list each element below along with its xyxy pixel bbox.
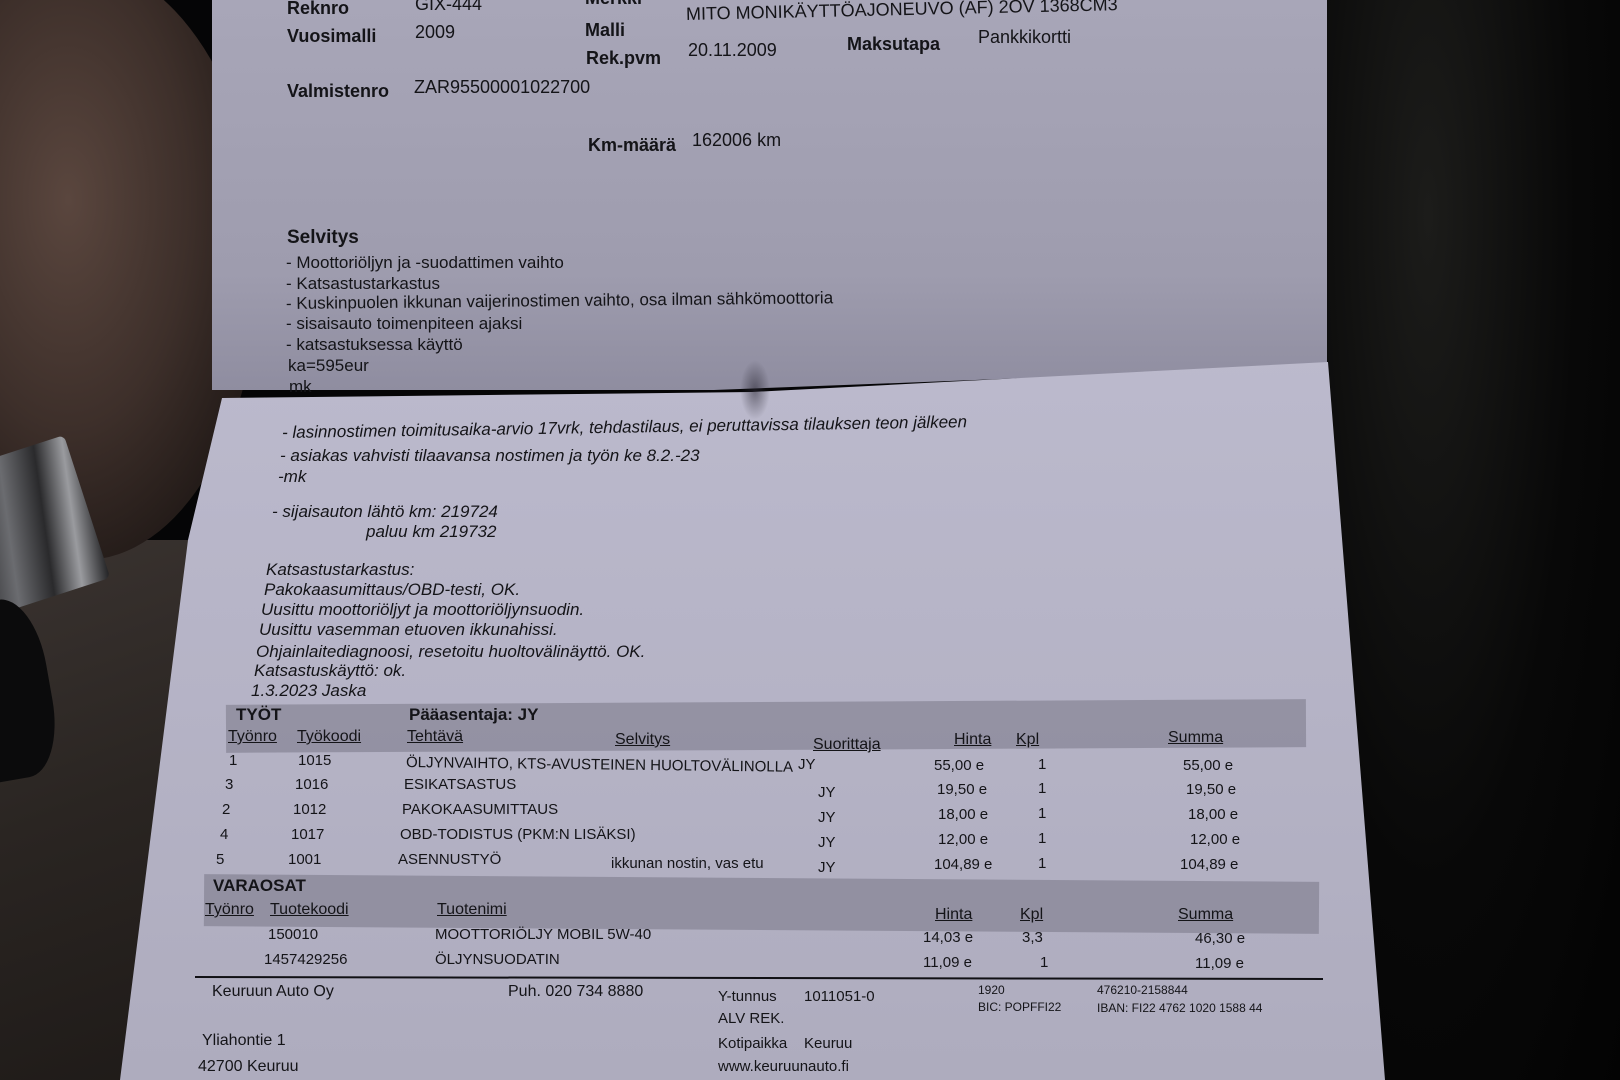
row-tuotenimi: MOOTTORIÖLJY MOBIL 5W-40	[435, 926, 651, 943]
paaasentaja: Pääasentaja: JY	[409, 705, 538, 725]
alv-rek: ALV REK.	[718, 1010, 784, 1027]
row-kpl: 1	[1038, 855, 1046, 872]
varaosat-header-shade	[204, 874, 1319, 934]
col-header: Summa	[1178, 906, 1233, 924]
row-summa: 12,00 e	[1190, 831, 1240, 848]
inspection-line: Katsastuskäyttö: ok.	[254, 661, 406, 681]
bank-account: 476210-2158844	[1097, 983, 1188, 997]
rekpvm-value: 20.11.2009	[688, 40, 777, 61]
row-suorittaja: JY	[818, 859, 836, 876]
row-summa: 11,09 e	[1195, 955, 1244, 972]
row-tehtava: OBD-TODISTUS (PKM:N LISÄKSI)	[400, 826, 636, 843]
malli-label: Malli	[585, 20, 625, 41]
valmistenro-label: Valmistenro	[287, 81, 389, 102]
row-kpl: 3,3	[1022, 929, 1043, 946]
row-tehtava: ASENNUSTYÖ	[398, 851, 501, 868]
col-header: Kpl	[1016, 731, 1039, 749]
row-tyokoodi: 1012	[293, 801, 326, 818]
row-selvitys: ikkunan nostin, vas etu	[611, 855, 764, 872]
row-suorittaja: JY	[818, 834, 836, 851]
col-header: Selvitys	[615, 731, 670, 749]
kotipaikka-label: Kotipaikka	[718, 1035, 787, 1052]
row-hinta: 14,03 e	[923, 929, 973, 946]
row-hinta: 104,89 e	[934, 856, 992, 873]
col-header: Tuotenimi	[437, 901, 507, 919]
postal-address: 42700 Keuruu	[198, 1058, 299, 1076]
company-phone: Puh. 020 734 8880	[508, 983, 643, 1001]
row-summa: 55,00 e	[1183, 757, 1233, 774]
row-kpl: 1	[1038, 780, 1046, 797]
valmistenro-value: ZAR95500001022700	[414, 77, 590, 98]
row-tuotekoodi: 1457429256	[264, 951, 347, 968]
row-tyonro: 1	[229, 752, 237, 769]
selvitys-line: - Moottoriöljyn ja -suodattimen vaihto	[286, 253, 564, 273]
note-line: - asiakas vahvisti tilaavansa nostimen j…	[280, 446, 700, 466]
ytunnus-label: Y-tunnus	[718, 988, 777, 1005]
row-kpl: 1	[1038, 756, 1046, 773]
row-summa: 18,00 e	[1188, 806, 1238, 823]
row-tyonro: 5	[216, 851, 224, 868]
col-header: Suorittaja	[813, 736, 881, 754]
vuosimalli-label: Vuosimalli	[287, 26, 376, 47]
row-hinta: 11,09 e	[923, 954, 972, 971]
km-value: 162006 km	[692, 130, 781, 151]
maksutapa-value: Pankkikortti	[978, 27, 1071, 48]
inspection-line: Uusittu vasemman etuoven ikkunahissi.	[259, 620, 558, 640]
row-tyokoodi: 1016	[295, 776, 328, 793]
col-header: Hinta	[935, 906, 972, 924]
inspection-line: 1.3.2023 Jaska	[251, 681, 366, 701]
row-kpl: 1	[1038, 830, 1046, 847]
website-link[interactable]: www.keuruunauto.fi	[718, 1058, 849, 1075]
fold-crease	[740, 360, 770, 420]
selvitys-line: - Katsastustarkastus	[286, 274, 440, 294]
iban: IBAN: FI22 4762 1020 1588 44	[1097, 1001, 1262, 1015]
ytunnus-value: 1011051-0	[804, 988, 875, 1005]
inspection-line: Ohjainlaitediagnoosi, resetoitu huoltovä…	[256, 642, 645, 662]
col-header: Tehtävä	[407, 728, 463, 746]
row-tyonro: 4	[220, 826, 228, 843]
company-name: Keuruun Auto Oy	[212, 983, 334, 1001]
maksutapa-label: Maksutapa	[847, 34, 940, 55]
row-tyonro: 3	[225, 776, 233, 793]
km-label: Km-määrä	[588, 135, 676, 156]
note-line: -mk	[278, 467, 306, 487]
row-hinta: 12,00 e	[938, 831, 988, 848]
bank-code: 1920	[978, 983, 1005, 997]
row-hinta: 55,00 e	[934, 757, 984, 774]
selvitys-heading: Selvitys	[287, 227, 359, 249]
inspection-line: Pakokaasumittaus/OBD-testi, OK.	[264, 580, 520, 600]
inspection-line: Katsastustarkastus:	[266, 560, 414, 580]
row-tehtava: PAKOKAASUMITTAUS	[402, 801, 558, 818]
row-suorittaja: JY	[818, 809, 836, 826]
kotipaikka-value: Keuruu	[804, 1035, 852, 1052]
row-tuotekoodi: 150010	[268, 926, 318, 943]
inspection-line: Uusittu moottoriöljyt ja moottoriöljynsu…	[261, 600, 584, 620]
row-tyonro: 2	[222, 801, 230, 818]
col-header: Työnro	[228, 728, 277, 746]
selvitys-line: mk	[289, 377, 312, 397]
col-header: Työnro	[205, 901, 254, 919]
varaosat-title: VARAOSAT	[213, 876, 306, 896]
tyot-title: TYÖT	[236, 705, 281, 725]
row-hinta: 19,50 e	[937, 781, 987, 798]
row-kpl: 1	[1038, 805, 1046, 822]
row-summa: 104,89 e	[1180, 856, 1238, 873]
tyot-header-shade	[226, 699, 1306, 753]
row-kpl: 1	[1040, 954, 1048, 971]
row-suorittaja: JY	[818, 784, 836, 801]
row-tyokoodi: 1017	[291, 826, 324, 843]
col-header: Hinta	[954, 731, 991, 749]
rekpvm-label: Rek.pvm	[586, 48, 661, 69]
selvitys-line: - sisaisauto toimenpiteen ajaksi	[286, 314, 522, 334]
row-tehtava: ESIKATSASTUS	[404, 776, 516, 793]
row-tyokoodi: 1015	[298, 752, 331, 769]
row-suorittaja: JY	[798, 756, 816, 773]
row-summa: 46,30 e	[1195, 930, 1245, 947]
merkki-label: Merkki	[585, 0, 642, 9]
col-header: Summa	[1168, 729, 1223, 747]
sijais-return-km: paluu km 219732	[366, 522, 496, 542]
selvitys-line: ka=595eur	[288, 356, 369, 376]
reknro-value: GIX-444	[415, 0, 482, 15]
bic: BIC: POPFFI22	[978, 1000, 1061, 1014]
sijais-start-km: - sijaisauton lähtö km: 219724	[272, 502, 498, 522]
row-summa: 19,50 e	[1186, 781, 1236, 798]
col-header: Kpl	[1020, 906, 1043, 924]
row-tuotenimi: ÖLJYNSUODATIN	[435, 951, 560, 968]
street-address: Yliahontie 1	[202, 1032, 286, 1050]
row-tyokoodi: 1001	[288, 851, 321, 868]
reknro-label: Reknro	[287, 0, 349, 19]
row-hinta: 18,00 e	[938, 806, 988, 823]
selvitys-line: - katsastuksessa käyttö	[286, 335, 463, 355]
col-header: Työkoodi	[297, 728, 361, 746]
col-header: Tuotekoodi	[270, 901, 349, 919]
vuosimalli-value: 2009	[415, 22, 455, 43]
